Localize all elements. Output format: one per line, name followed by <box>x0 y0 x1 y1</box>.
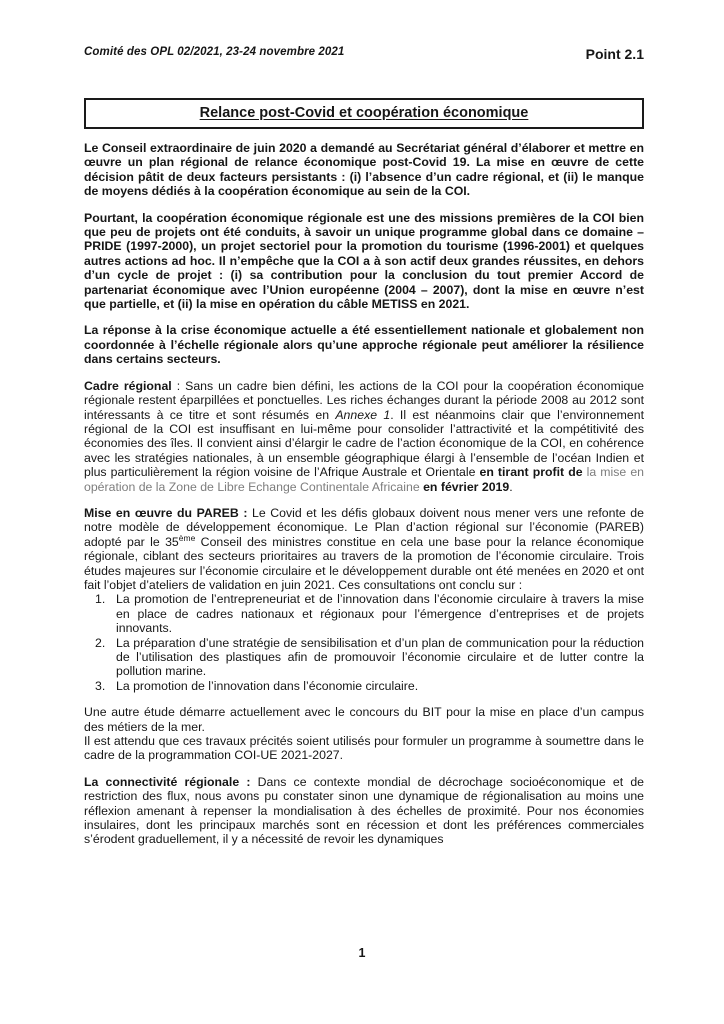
header-agenda-point: Point 2.1 <box>586 46 644 62</box>
header-committee-reference: Comité des OPL 02/2021, 23-24 novembre 2… <box>84 46 344 58</box>
pareb-lead: Mise en œuvre du PAREB : <box>84 506 247 520</box>
document-header: Comité des OPL 02/2021, 23-24 novembre 2… <box>84 46 644 62</box>
cadre-regional-bold-phrase: en tirant profit de <box>479 465 586 479</box>
list-item: 2. La préparation d’une stratégie de sen… <box>84 636 644 679</box>
zlecaf-date: en février 2019 <box>420 480 510 494</box>
cadre-regional-lead: Cadre régional <box>84 379 172 393</box>
pareb-paragraph: Mise en œuvre du PAREB : Le Covid et les… <box>84 506 644 592</box>
document-page: Comité des OPL 02/2021, 23-24 novembre 2… <box>0 0 724 1024</box>
cadre-regional-paragraph: Cadre régional : Sans un cadre bien défi… <box>84 379 644 494</box>
bit-study-paragraph: Une autre étude démarre actuellement ave… <box>84 705 644 734</box>
intro-paragraph-1: Le Conseil extraordinaire de juin 2020 a… <box>84 141 644 199</box>
list-item: 3. La promotion de l’innovation dans l’é… <box>84 679 644 693</box>
consultations-list: 1. La promotion de l’entrepreneuriat et … <box>84 592 644 693</box>
intro-paragraph-2: Pourtant, la coopération économique régi… <box>84 211 644 312</box>
ordinal-superscript: ème <box>179 533 196 543</box>
annexe-1-reference: Annexe 1 <box>335 408 390 422</box>
document-title: Relance post-Covid et coopération économ… <box>200 105 529 121</box>
list-item-text: La promotion de l’entrepreneuriat et de … <box>116 592 644 635</box>
list-item-number: 1. <box>95 592 116 635</box>
document-body: Le Conseil extraordinaire de juin 2020 a… <box>84 141 644 847</box>
connectivite-lead: La connectivité régionale : <box>84 775 250 789</box>
cadre-regional-period: . <box>509 480 512 494</box>
list-item-number: 3. <box>95 679 116 693</box>
title-box: Relance post-Covid et coopération économ… <box>84 98 644 129</box>
list-item-text: La préparation d’une stratégie de sensib… <box>116 636 644 679</box>
connectivite-paragraph: La connectivité régionale : Dans ce cont… <box>84 775 644 847</box>
list-item-text: La promotion de l’innovation dans l’écon… <box>116 679 644 693</box>
intro-paragraph-3: La réponse à la crise économique actuell… <box>84 323 644 366</box>
page-number: 1 <box>0 946 724 960</box>
programmation-paragraph: Il est attendu que ces travaux précités … <box>84 734 644 763</box>
list-item: 1. La promotion de l’entrepreneuriat et … <box>84 592 644 635</box>
list-item-number: 2. <box>95 636 116 679</box>
